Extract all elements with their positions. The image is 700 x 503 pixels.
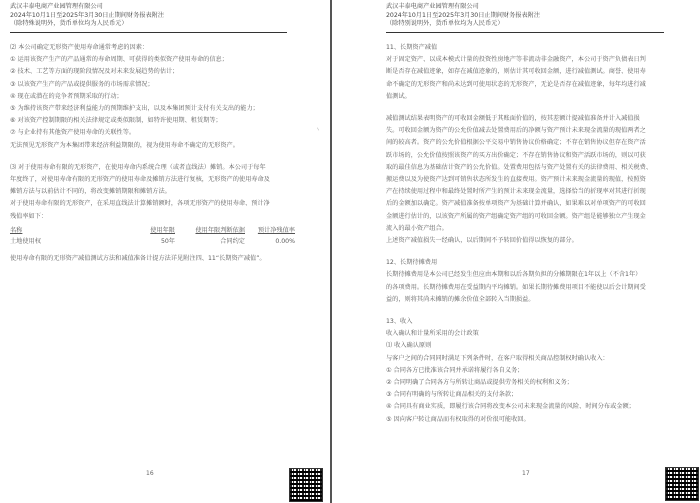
left-header: 武汉丰泰电商产业园管理有限公司 2024年10月1日至2025年3月30日止期间… bbox=[10, 3, 164, 29]
left-line: ③ 以该资产生产的产品或提供服务的市场需求情况； bbox=[10, 79, 295, 91]
table-header-name: 名称 bbox=[10, 225, 130, 236]
seal-watermark: ᐟ bbox=[315, 126, 325, 132]
right-page: 武汉丰泰电商产业园管理有限公司 2024年10月1日至2025年3月30日止期间… bbox=[332, 0, 700, 503]
left-line: 无法预见无形资产为本集团带来经济利益期限的，视为使用寿命不确定的无形资产。 bbox=[10, 140, 295, 152]
s11-line: 减值测试结果表明资产的可收回金额低于其账面价值的，按其差额计提减值准备并计入减值… bbox=[386, 113, 652, 125]
s12-line: 益的，则将其尚未摊销的摊余价值全部转入当期损益。 bbox=[386, 294, 652, 306]
left-para3-line: 年度终了，对使用寿命有限的无形资产的使用寿命及摊销方法进行复核，无形资产的使用寿… bbox=[10, 174, 295, 186]
table-cell: 50年 bbox=[130, 236, 175, 247]
right-header-period: 2024年10月1日至2025年3月30日止期间财务报表附注 bbox=[386, 12, 540, 21]
page-number-left: 16 bbox=[146, 470, 154, 477]
left-para3-line: ⑶ 对于使用寿命有限的无形资产，在使用寿命内系统合理（或者直线法）摊销。本公司于… bbox=[10, 162, 295, 174]
table-cell: 0.00% bbox=[245, 236, 295, 247]
table-header-basis: 使用年限判断依据 bbox=[175, 225, 245, 236]
table-header-years: 使用年限 bbox=[130, 225, 175, 236]
s13-line: ③ 合同有明确的与所转让商品相关的支付条款； bbox=[386, 389, 652, 401]
right-header-company: 武汉丰泰电商产业园管理有限公司 bbox=[386, 3, 540, 12]
s11-line: 值测试。 bbox=[386, 91, 652, 103]
qr-code-icon bbox=[665, 467, 699, 501]
table-header-residual: 预计净残值率 bbox=[245, 225, 295, 236]
left-line: ⑵ 本公司确定无形资产使用寿命通常考虑的因素： bbox=[10, 42, 295, 54]
s11-line: 取的最佳信息为基础估计资产的公允价值。处置费用包括与资产处置有关的法律费用、相关… bbox=[386, 162, 652, 174]
useful-life-table: 名称 使用年限 使用年限判断依据 预计净残值率 土地使用权 50年 合同约定 0… bbox=[10, 225, 295, 247]
left-para3-line: 摊销方法与以前估计不同的，将改变摊销期限和摊销方法。 bbox=[10, 186, 295, 198]
s11-line: 金额进行估计的，以该资产所属的资产组确定资产组的可收回金额。资产组是能够独立产生… bbox=[386, 211, 652, 223]
section-13-title: 13、收入 bbox=[386, 316, 652, 328]
left-header-note: （除特殊说明外，货币单位均为人民币元） bbox=[10, 20, 164, 29]
left-line: ① 运用该资产生产的产品通常的寿命周期、可获得的类似资产使用寿命的信息； bbox=[10, 54, 295, 66]
s13-line: 收入确认和计量所采用的会计政策 bbox=[386, 328, 652, 340]
left-para3-line: 对于使用寿命有限的无形资产，在采用直线法计算摊销额时，各项无形资产的使用寿命、预… bbox=[10, 198, 295, 210]
right-header: 武汉丰泰电商产业园管理有限公司 2024年10月1日至2025年3月30日止期间… bbox=[386, 3, 540, 29]
s12-line: 长期待摊费用是本公司已经发生但应由本期和以后各期负担的分摊期限在1年以上（不含1… bbox=[386, 269, 652, 281]
s13-line: ⑤ 因向客户转让商品而有权取得的对价很可能收回。 bbox=[386, 414, 652, 426]
left-body: ⑵ 本公司确定无形资产使用寿命通常考虑的因素： ① 运用该资产生产的产品通常的寿… bbox=[10, 42, 295, 265]
s11-line: 断是否存在减值迹象，如存在减值迹象的，则估计其可收回金额，进行减值测试。商誉、使… bbox=[386, 66, 652, 78]
table-cell: 合同约定 bbox=[175, 236, 245, 247]
qr-code-icon bbox=[289, 468, 323, 502]
page-number-right: 17 bbox=[522, 470, 530, 477]
s11-line: 流入的最小资产组合。 bbox=[386, 223, 652, 235]
left-header-company: 武汉丰泰电商产业园管理有限公司 bbox=[10, 3, 164, 12]
s12-line: 的各项费用。长期待摊费用在受益期内平均摊销。如果长期待摊费用项目不能使以后会计期… bbox=[386, 282, 652, 294]
left-line: ⑤ 为维持该资产带来经济利益能力的预期维护支出，以及本集团预计支付有关支出的能力… bbox=[10, 103, 295, 115]
s13-line: 与客户之间的合同同时满足下列条件时，在客户取得相关商品控制权时确认收入： bbox=[386, 353, 652, 365]
section-11-title: 11、长期资产减值 bbox=[386, 42, 652, 54]
s11-line: 间的较高者。资产的公允价值根据公平交易中销售协议价格确定；不存在销售协议但存在资… bbox=[386, 137, 652, 149]
s11-line: 后的金额加以确定。资产减值准备按单项资产为基础计算并确认，如果难以对单项资产的可… bbox=[386, 198, 652, 210]
s11-line: 对于固定资产、以成本模式计量的投资性房地产等非流动非金融资产，本公司于资产负债表… bbox=[386, 54, 652, 66]
left-header-rule bbox=[10, 32, 287, 33]
table-cell: 土地使用权 bbox=[10, 236, 130, 247]
s13-line: ① 合同各方已批准该合同并承诺将履行各自义务； bbox=[386, 365, 652, 377]
s13-line: ② 合同明确了合同各方与所转让商品或提供劳务相关的权利和义务； bbox=[386, 377, 652, 389]
s13-line: ④ 合同具有商业实质，即履行该合同将改变本公司未来现金流量的风险、时间分布或金额… bbox=[386, 401, 652, 413]
left-line: ⑥ 对该资产控制期限的相关法律规定或类似限制，如特许使用期、租赁期等； bbox=[10, 115, 295, 127]
right-header-note: （除特别说明外，货币单位均为人民币元） bbox=[386, 20, 540, 29]
s11-line: 失。可收回金额为资产的公允价值减去处置费用后的净额与资产预计未来现金流量的现值两… bbox=[386, 125, 652, 137]
left-line: ② 技术、工艺等方面的现阶段情况及对未来发展趋势的估计； bbox=[10, 66, 295, 78]
s11-line: 命不确定的无形资产和尚未达到可使用状态的无形资产，无论是否存在减值迹象，每年均进… bbox=[386, 79, 652, 91]
left-line: ⑦ 与企业持有其他资产使用寿命的关联性等。 bbox=[10, 127, 295, 139]
s11-line: 上述资产减值损失一经确认，以后期间不予转回价值得以恢复的部分。 bbox=[386, 235, 652, 247]
section-12-title: 12、长期待摊费用 bbox=[386, 257, 652, 269]
left-line: ④ 现在或潜在的竞争者预期采取的行动； bbox=[10, 91, 295, 103]
left-para3-line: 残值率如下： bbox=[10, 211, 295, 223]
s11-line: 跃市场的，公允价值按照该资产的买方出价确定；不存在销售协议和资产活跃市场的，则以… bbox=[386, 150, 652, 162]
s11-line: 搬运费以及为使资产达到可销售状态所发生的直接费用。资产预计未来现金流量的现值，按… bbox=[386, 174, 652, 186]
s11-line: 产在持续使用过程中和最终处置时所产生的预计未来现金流量，选择恰当的折现率对其进行… bbox=[386, 186, 652, 198]
left-page: 武汉丰泰电商产业园管理有限公司 2024年10月1日至2025年3月30日止期间… bbox=[0, 0, 330, 503]
s13-line: ⑴ 收入确认原则 bbox=[386, 340, 652, 352]
right-body: 11、长期资产减值 对于固定资产、以成本模式计量的投资性房地产等非流动非金融资产… bbox=[386, 42, 652, 426]
right-header-rule bbox=[386, 32, 664, 33]
left-header-period: 2024年10月1日至2025年3月30日止期间财务报表附注 bbox=[10, 12, 164, 21]
left-footer-text: 使用寿命有限的无形资产减值测试方法和减值准备计提方法详见附注四、11“长期资产减… bbox=[10, 253, 295, 265]
